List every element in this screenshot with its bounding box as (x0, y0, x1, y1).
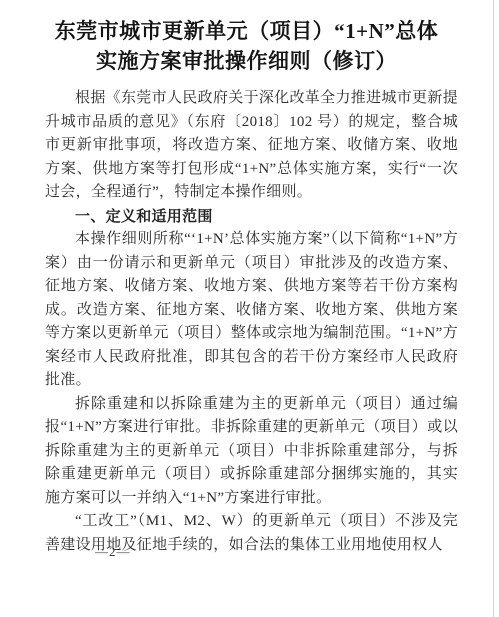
document-title: 东莞市城市更新单元（项目）“1+N”总体 实施方案审批操作细则（修订） (0, 16, 493, 76)
body-paragraph: 本操作细则所称“‘1+N’总体实施方案”（以下简称“1+N”方案）由一份请示和更… (45, 228, 458, 393)
document-title-line-1: 东莞市城市更新单元（项目）“1+N”总体 (0, 16, 493, 46)
intro-paragraph: 根据《东莞市人民政府关于深化改革全力推进城市更新提升城市品质的意见》（东府〔20… (45, 87, 458, 205)
section-heading-definitions: 一、定义和适用范围 (45, 205, 458, 229)
page-number: —2— (95, 544, 131, 560)
page-edge-divider (493, 0, 494, 617)
body-paragraph: 拆除重建和以拆除重建为主的更新单元（项目）通过编报“1+N”方案进行审批。非拆除… (45, 393, 458, 511)
document-body: 根据《东莞市人民政府关于深化改革全力推进城市更新提升城市品质的意见》（东府〔20… (45, 87, 458, 557)
document-title-line-2: 实施方案审批操作细则（修订） (0, 46, 493, 76)
document-page: 东莞市城市更新单元（项目）“1+N”总体 实施方案审批操作细则（修订） 根据《东… (0, 0, 499, 617)
